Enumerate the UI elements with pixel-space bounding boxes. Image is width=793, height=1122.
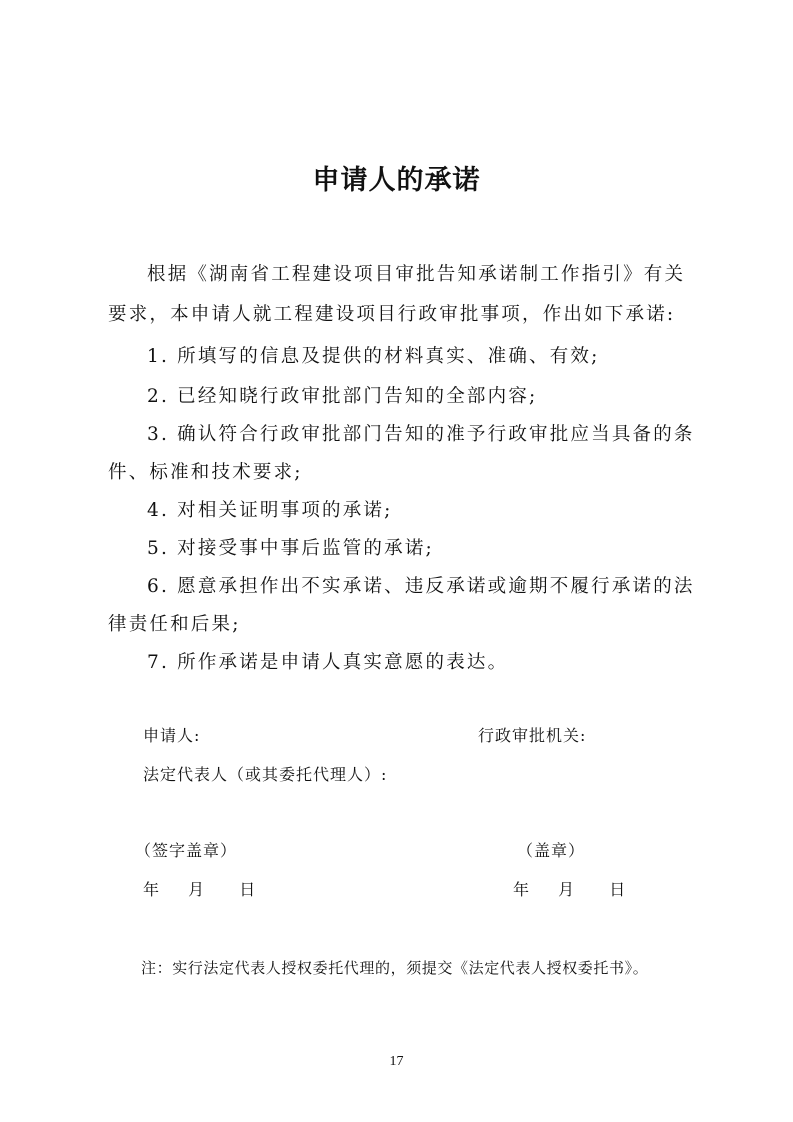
page-title: 申请人的承诺 — [0, 158, 793, 197]
item-2: 2. 已经知晓行政审批部门告知的全部内容; — [147, 382, 537, 408]
legal-rep-label: 法定代表人（或其委托代理人）: — [143, 762, 387, 785]
date-month: 月 — [188, 877, 205, 900]
date-day: 日 — [609, 877, 626, 900]
date-day: 日 — [239, 877, 256, 900]
authority-label: 行政审批机关: — [478, 723, 586, 746]
intro-line-1: 根据《湖南省工程建设项目审批告知承诺制工作指引》有关 — [147, 260, 685, 286]
date-year: 年 — [143, 877, 160, 900]
applicant-label: 申请人: — [143, 723, 200, 746]
item-6-cont: 律责任和后果; — [108, 610, 241, 636]
authority-date: 年 月 日 — [513, 877, 626, 900]
item-4: 4. 对相关证明事项的承诺; — [147, 496, 393, 522]
page-number: 17 — [0, 1054, 793, 1070]
applicant-date: 年 月 日 — [143, 877, 256, 900]
date-year: 年 — [513, 877, 530, 900]
intro-line-2: 要求，本申请人就工程建设项目行政审批事项，作出如下承诺: — [108, 300, 675, 326]
applicant-seal-label: （签字盖章） — [135, 838, 237, 861]
item-3: 3. 确认符合行政审批部门告知的准予行政审批应当具备的条 — [147, 420, 695, 446]
item-1: 1. 所填写的信息及提供的材料真实、准确、有效; — [147, 342, 600, 368]
item-5: 5. 对接受事中事后监管的承诺; — [147, 534, 434, 560]
item-3-cont: 件、标准和技术要求; — [108, 458, 303, 484]
authority-seal-label: （盖章） — [517, 838, 585, 861]
date-month: 月 — [558, 877, 575, 900]
item-6: 6. 愿意承担作出不实承诺、违反承诺或逾期不履行承诺的法 — [147, 572, 695, 598]
footnote: 注：实行法定代表人授权委托代理的，须提交《法定代表人授权委托书》。 — [141, 957, 648, 978]
item-7: 7. 所作承诺是申请人真实意愿的表达。 — [147, 648, 508, 674]
